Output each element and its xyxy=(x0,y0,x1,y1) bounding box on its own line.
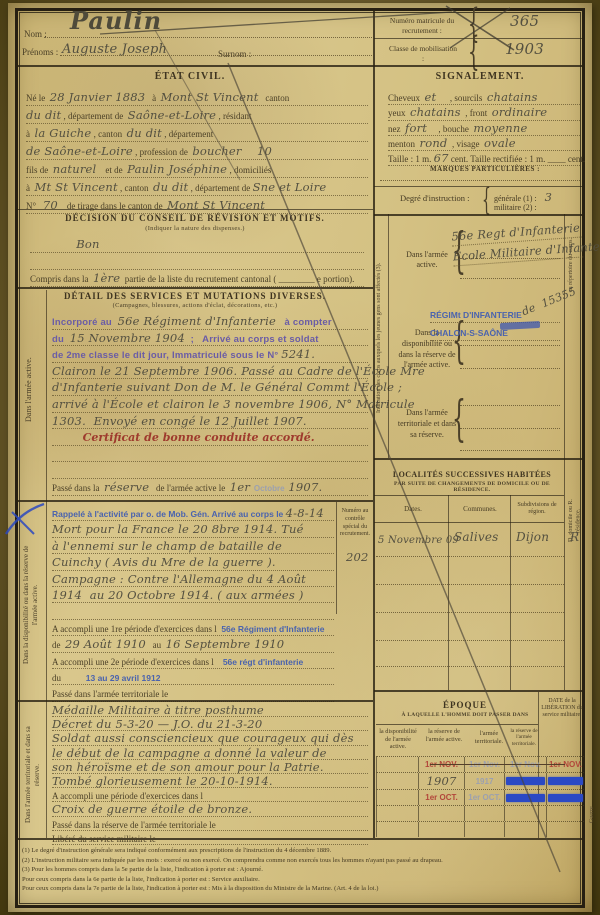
epoque-cell xyxy=(504,773,546,789)
services-title: DÉTAIL DES SERVICES ET MUTATIONS DIVERSE… xyxy=(30,291,360,301)
margin-label-disponibilite: Dans la disponibilité ou dans la réserve… xyxy=(22,540,40,670)
text-segment: Incorporé au xyxy=(52,317,118,328)
text-line: Cheveux et , sourcils chatains xyxy=(388,90,580,105)
epoque-strike-line xyxy=(430,764,565,765)
text-segment: chatains xyxy=(410,105,461,119)
epoque-cell xyxy=(376,757,418,772)
text-line: son héroïsme et de son amour pour la Pat… xyxy=(52,760,368,774)
text-line: Compris dans la 1ère partie de la liste … xyxy=(30,270,364,287)
localites-row-date: 5 Novembre 09 xyxy=(378,530,459,548)
divider-marques xyxy=(374,186,585,187)
epoque-title: ÉPOQUE xyxy=(400,700,530,710)
text-segment: chatains xyxy=(487,90,538,104)
text-segment: 5241. xyxy=(281,347,315,361)
text-segment: , résidant xyxy=(216,111,251,121)
text-line: Bon xyxy=(30,236,364,253)
text-line: Croix de guerre étoile de bronze. xyxy=(52,802,368,816)
text-segment: , département de xyxy=(61,111,127,121)
epoque-cell xyxy=(504,822,546,837)
localites-subtitle: PAR SUITE DE CHANGEMENTS DE DOMICILE OU … xyxy=(384,481,560,493)
text-segment: Bon xyxy=(30,237,100,251)
text-segment: et xyxy=(425,90,437,104)
marques-label: MARQUES PARTICULIÈRES : xyxy=(405,165,565,173)
text-segment: canton xyxy=(259,93,290,103)
divider-corps-left xyxy=(388,214,389,458)
text-segment: , département xyxy=(162,129,213,139)
corps-rule-c1 xyxy=(460,405,560,406)
epoque-col-2: la réserve de l'armée active. xyxy=(422,728,466,743)
text-line: Tombé glorieusement le 20-10-1914. xyxy=(52,774,368,788)
localites-row-commune: Salives xyxy=(454,528,499,546)
divider-main-vertical xyxy=(373,8,375,838)
epoque-col-4: la réserve de l'armée territoriale. xyxy=(510,728,538,747)
text-segment: Né le xyxy=(26,93,50,103)
text-segment: du xyxy=(52,673,86,683)
footnote: (3) Pour les hommes compris dans la 5e p… xyxy=(22,865,582,875)
epoque-cell xyxy=(464,822,504,837)
epoque-cell: 1907 xyxy=(418,773,464,789)
divider-decision xyxy=(15,287,373,289)
prenoms-label: Prénoms : xyxy=(22,42,58,60)
text-line: Libéré du service militaire le xyxy=(52,831,368,845)
divider-header xyxy=(15,65,585,67)
text-segment: naturel xyxy=(53,162,97,176)
text-segment: 1914 au 20 Octobre 1914. ( aux armées ) xyxy=(52,588,304,602)
epoque-cell xyxy=(376,806,418,821)
divider-localites-bottom xyxy=(374,690,585,692)
text-segment: Mt St Vincent xyxy=(35,180,118,194)
text-line xyxy=(52,446,368,463)
text-segment: Cuinchy ( Avis du Mre de la guerre ). xyxy=(52,555,276,569)
text-segment: Mort pour la France le 20 8bre 1914. Tué xyxy=(52,522,304,536)
text-line: Cuinchy ( Avis du Mre de la guerre ). xyxy=(52,554,334,570)
matricule-value: 365 xyxy=(510,12,539,31)
divider-services xyxy=(15,500,373,502)
text-segment: Octobre xyxy=(254,484,285,493)
text-segment: RÉGIMt D'INFANTERIE xyxy=(430,310,522,320)
epoque-cell xyxy=(376,773,418,789)
corps-rule-a1 xyxy=(460,258,560,259)
text-line: N° 70 de tirage dans le canton de Mont S… xyxy=(26,196,368,214)
text-segment: , front xyxy=(461,108,492,118)
classe-value: 1903 xyxy=(505,40,544,59)
divider-ctrl-box xyxy=(336,502,337,614)
text-line: de Saône-et-Loire , profession de bouche… xyxy=(26,142,368,160)
text-line: Incorporé au 56e Régiment d'Infanterie à… xyxy=(52,313,368,330)
text-segment: 1er xyxy=(230,480,254,494)
corps-rule-c2 xyxy=(460,428,560,429)
divider-etat xyxy=(15,209,373,210)
text-line: A accompli une 1re période d'exercices d… xyxy=(52,620,334,636)
decision-section: Bon Compris dans la 1ère partie de la li… xyxy=(30,236,364,287)
text-segment: Certificat de bonne conduite accordé. xyxy=(52,431,315,444)
text-segment: Cheveux xyxy=(388,93,425,103)
epoque-cell xyxy=(546,806,584,821)
text-line: fils de naturel et de Paulin Joséphine ,… xyxy=(26,160,368,178)
text-segment: , domiciliés xyxy=(227,165,271,175)
text-line: A accompli une période d'exercices dans … xyxy=(52,788,368,802)
localites-header-bottom xyxy=(374,522,564,523)
epoque-cell xyxy=(464,806,504,821)
text-segment: rond xyxy=(420,136,448,150)
text-segment: boucher 10 xyxy=(192,144,272,158)
text-segment: 1907 xyxy=(426,774,456,788)
text-segment: Passé dans l'armée territoriale le xyxy=(52,689,168,699)
localites-title: LOCALITÉS SUCCESSIVES HABITÉES xyxy=(384,470,560,479)
text-segment: yeux xyxy=(388,108,410,118)
text-segment: 1917 xyxy=(476,777,494,786)
text-line xyxy=(30,253,364,270)
corps-rule-b2 xyxy=(460,368,560,369)
text-segment: du dit xyxy=(26,108,61,122)
text-segment: réserve xyxy=(104,480,149,494)
text-line: Passé dans la réserve de l'armée active … xyxy=(52,479,368,496)
text-line: 1303. Envoyé en congé le 12 Juillet 1907… xyxy=(52,413,368,430)
text-segment: A accompli une 1re période d'exercices d… xyxy=(52,624,221,634)
text-segment: la Guiche xyxy=(35,126,92,140)
text-line: A accompli une 2e période d'exercices da… xyxy=(52,653,334,669)
text-segment: du dit xyxy=(127,126,162,140)
localites-header-top xyxy=(374,495,564,496)
divider-margin-left xyxy=(46,290,47,838)
text-segment: 1ère xyxy=(93,271,120,285)
degre-militaire-label: militaire (2) : xyxy=(494,203,537,212)
text-line: Passé dans la réserve de l'armée territo… xyxy=(52,817,368,831)
decision-subtitle: (Indiquer la nature des dispenses.) xyxy=(30,225,360,232)
text-segment: , visage xyxy=(448,139,485,149)
text-segment: Saône-et-Loire xyxy=(128,108,216,122)
military-register-sheet: Nom : Paulin Prénoms : Auguste Joseph Su… xyxy=(0,0,600,915)
epoque-cell xyxy=(546,822,584,837)
epoque-row xyxy=(376,821,584,837)
localites-row-dr: R xyxy=(570,528,579,546)
epoque-rows: 1er NOV.1er Nov.1er Nov.1er NOV.19071917… xyxy=(376,756,584,837)
text-segment: nez xyxy=(388,124,405,134)
text-segment: fort xyxy=(405,121,427,135)
text-line: Campagne : Contre l'Allemagne du 4 Août xyxy=(52,571,334,587)
text-line: Mort pour la France le 20 8bre 1914. Tué xyxy=(52,521,334,537)
text-segment: cent. Taille rectifiée : 1 m. ____ cent. xyxy=(449,154,585,164)
corps-rule-a2 xyxy=(460,278,560,279)
epoque-cell: 1er OCT. xyxy=(418,790,464,805)
text-segment: 1303. Envoyé en congé le 12 Juillet 1907… xyxy=(52,414,307,428)
text-segment: ; Arrivé au corps et soldat xyxy=(185,334,319,345)
ink-redaction-bar xyxy=(506,794,545,802)
epoque-row: 1er OCT.1er OCT. xyxy=(376,789,584,805)
text-line: Né le 28 Janvier 1883 à Mont St Vincent … xyxy=(26,88,368,106)
text-segment: à xyxy=(26,183,35,193)
text-segment: à xyxy=(26,129,35,139)
text-segment: 67 xyxy=(434,151,449,165)
text-segment: moyenne xyxy=(473,121,527,135)
epoque-cell xyxy=(504,806,546,821)
localites-v2 xyxy=(510,495,511,690)
text-line: Médaille Militaire à titre posthume xyxy=(52,703,368,717)
text-segment: Rappelé à l'activité par o. de Mob. Gén.… xyxy=(52,509,286,519)
services-subtitle: (Campagnes, blessures, actions d'éclat, … xyxy=(30,302,360,309)
text-segment: , profession de xyxy=(133,147,193,157)
footnote: Pour ceux compris dans la 7e partie de l… xyxy=(22,884,582,894)
text-segment: 56e Régiment d'Infanterie xyxy=(118,314,276,328)
text-segment: Taille : 1 m. xyxy=(388,154,434,164)
text-line: Certificat de bonne conduite accordé. xyxy=(52,429,368,446)
marques-rule-1 xyxy=(380,180,580,181)
text-segment: Soldat aussi consciencieux que courageux… xyxy=(52,731,354,745)
corps-vertical-label: Indication des corps auxquels les jeunes… xyxy=(376,222,384,454)
text-segment: A accompli une période d'exercices dans … xyxy=(52,791,203,801)
text-segment: , sourcils xyxy=(436,93,487,103)
text-segment: Libéré du service militaire le xyxy=(52,834,156,844)
corps-rule-b1 xyxy=(460,345,560,346)
text-line: Clairon le 21 Septembre 1906. Passé au C… xyxy=(52,363,368,380)
nom-label: Nom : xyxy=(24,24,47,42)
corps-row-label-active: Dans l'armée active. xyxy=(398,250,456,271)
text-segment: 56e régt d'infanterie xyxy=(223,657,303,667)
text-line: Rappelé à l'activité par o. de Mob. Gén.… xyxy=(52,505,334,521)
decision-title: DÉCISION DU CONSEIL DE RÉVISION ET MOTIF… xyxy=(30,213,360,223)
epoque-row: 19071917 xyxy=(376,772,584,789)
prenoms-rule xyxy=(60,55,372,56)
signalement-title: SIGNALEMENT. xyxy=(400,71,560,82)
text-segment: à xyxy=(145,93,160,103)
etat-civil-title: ÉTAT CIVIL. xyxy=(90,71,290,82)
epoque-col-3: l'armée territoriale. xyxy=(470,730,508,745)
text-segment: du dit xyxy=(153,180,188,194)
localites-rule-3 xyxy=(376,612,564,613)
ink-redaction-bar xyxy=(548,794,583,802)
epoque-cell: 1er OCT. xyxy=(464,790,504,805)
divider-corps-bottom xyxy=(374,458,585,460)
text-line: du dit , département de Saône-et-Loire ,… xyxy=(26,106,368,124)
localites-col-dates: Dates. xyxy=(380,505,446,513)
epoque-date-header: DATE de la LIBÉRATION du service militai… xyxy=(540,698,584,719)
text-segment: de xyxy=(52,640,65,650)
text-segment: de l'armée active le xyxy=(149,483,230,493)
text-segment: Médaille Militaire à titre posthume xyxy=(52,703,264,717)
text-line: Décret du 5-3-20 — J.O. du 21-3-20 xyxy=(52,717,368,731)
corps-rule-c3 xyxy=(460,450,560,451)
signalement-section: Cheveux et , sourcils chatainsyeux chata… xyxy=(388,90,580,166)
text-segment: Passé dans la xyxy=(52,483,104,493)
text-segment: Clairon le 21 Septembre 1906. Passé au C… xyxy=(52,364,425,378)
text-segment: 15 Novembre 1904 xyxy=(70,331,185,345)
text-segment: à l'ennemi sur le champ de bataille de xyxy=(52,539,282,553)
ctrl-label: Numéro au contrôle spécial du recrutemen… xyxy=(339,508,371,539)
degre-label: Degré d'instruction : xyxy=(400,193,470,203)
matricule-label: Numéro matricule du recrutement : xyxy=(382,16,462,36)
edge-note: Guerre xyxy=(589,790,597,840)
epoque-cell xyxy=(504,790,546,805)
text-segment: Campagne : Contre l'Allemagne du 4 Août xyxy=(52,572,306,586)
text-line: à l'ennemi sur le champ de bataille de xyxy=(52,538,334,554)
text-segment: le début de la campagne a donné la valeu… xyxy=(52,746,327,760)
text-segment: CHALON-S-SAÔNE xyxy=(430,328,508,338)
text-segment: , canton xyxy=(118,183,153,193)
text-segment: 16 Septembre 1910 xyxy=(166,637,285,651)
text-segment: 1907. xyxy=(285,480,323,494)
footnote: (1) Le degré d'instruction générale sera… xyxy=(22,846,582,856)
text-segment: Compris dans la xyxy=(30,274,93,284)
corps-brace-3: { xyxy=(452,393,466,448)
corps-row-label-terr: Dans l'armée territoriale et dans sa rés… xyxy=(396,408,458,440)
localites-rule-2 xyxy=(376,584,564,585)
classe-label: Classe de mobilisation : xyxy=(388,44,458,64)
divider-dispo xyxy=(15,700,373,702)
text-line: menton rond , visage ovale xyxy=(388,136,580,151)
text-segment: , canton xyxy=(91,129,126,139)
epoque-col-1: la disponibilité de l'armée active. xyxy=(378,728,418,751)
text-segment: du xyxy=(52,334,70,345)
text-segment: 1er OCT. xyxy=(468,793,500,802)
text-segment: 13 au 29 avril 1912 xyxy=(86,673,161,683)
text-line: de 29 Août 1910 au 16 Septembre 1910 xyxy=(52,636,334,652)
divider-signalement xyxy=(374,214,585,216)
text-line: du 15 Novembre 1904 ; Arrivé au corps et… xyxy=(52,330,368,347)
text-segment: A accompli une 2e période d'exercices da… xyxy=(52,657,223,667)
text-segment: 29 Août 1910 xyxy=(65,637,146,651)
epoque-cell xyxy=(418,822,464,837)
text-segment: 56e Régiment d'Infanterie xyxy=(221,624,324,634)
text-line: nez fort , bouche moyenne xyxy=(388,121,580,136)
localites-rule-1 xyxy=(376,556,564,557)
header-right-divider xyxy=(374,38,585,39)
localites-v1 xyxy=(448,495,449,690)
text-line: CHALON-S-SAÔNE xyxy=(430,323,560,341)
text-segment: Sne et Loire xyxy=(253,180,327,194)
text-segment: menton xyxy=(388,139,420,149)
text-line: yeux chatains , front ordinaire xyxy=(388,105,580,120)
text-segment: et de xyxy=(96,165,127,175)
classe-brace: { xyxy=(468,29,479,75)
text-line: à Mt St Vincent , canton du dit , départ… xyxy=(26,178,368,196)
text-segment: 28 Janvier 1883 xyxy=(50,90,146,104)
localites-row-subdiv: Dijon xyxy=(516,528,549,546)
text-line: 1914 au 20 Octobre 1914. ( aux armées ) xyxy=(52,587,334,603)
text-segment: 1er OCT. xyxy=(425,793,457,802)
localites-rule-5 xyxy=(376,666,564,667)
text-segment: , département de xyxy=(188,183,252,193)
text-segment: d'Infanterie suivant Don de M. le Généra… xyxy=(52,380,402,394)
epoque-cell xyxy=(418,806,464,821)
epoque-subtitle: À LAQUELLE L'HOMME DOIT PASSER DANS xyxy=(392,712,538,718)
text-segment: ordinaire xyxy=(492,105,548,119)
text-segment: partie de la liste du recrutement canton… xyxy=(120,274,354,284)
text-line: Soldat aussi consciencieux que courageux… xyxy=(52,731,368,745)
text-line: arrivé à l'École et clairon le 3 novembr… xyxy=(52,396,368,413)
services-section: Incorporé au 56e Régiment d'Infanterie à… xyxy=(52,313,368,496)
text-segment: de 2me classe le dit jour, Immatriculé s… xyxy=(52,350,281,361)
epoque-cell xyxy=(546,790,584,805)
etat-civil-section: Né le 28 Janvier 1883 à Mont St Vincent … xyxy=(26,88,368,214)
epoque-cell: 1917 xyxy=(464,773,504,789)
text-segment: ovale xyxy=(484,136,516,150)
epoque-cell xyxy=(546,773,584,789)
text-segment: Passé dans la réserve de l'armée territo… xyxy=(52,820,216,830)
text-segment: son héroïsme et de son amour pour la Pat… xyxy=(52,760,324,774)
text-segment: arrivé à l'École et clairon le 3 novembr… xyxy=(52,397,415,411)
footnote: (2) L'instruction militaire sera indiqué… xyxy=(22,856,582,866)
text-segment: Paulin Joséphine xyxy=(127,162,227,176)
text-segment: fils de xyxy=(26,165,53,175)
text-line: d'Infanterie suivant Don de M. le Généra… xyxy=(52,379,368,396)
epoque-header-line xyxy=(376,724,538,725)
ctrl-value: 202 xyxy=(346,548,369,566)
epoque-cell xyxy=(376,822,418,837)
text-segment: Tombé glorieusement le 20-10-1914. xyxy=(52,774,273,788)
epoque-row xyxy=(376,805,584,821)
epoque-cell xyxy=(376,790,418,805)
text-segment: au xyxy=(146,640,166,650)
text-line: du 13 au 29 avril 1912 xyxy=(52,669,334,685)
text-line: à la Guiche , canton du dit , départemen… xyxy=(26,124,368,142)
ink-redaction-bar xyxy=(548,777,583,785)
nom-value: Paulin xyxy=(70,6,162,35)
text-line xyxy=(52,603,334,619)
text-segment: , bouche xyxy=(427,124,473,134)
footnotes: (1) Le degré d'instruction générale sera… xyxy=(22,846,582,894)
footnote: Pour ceux compris dans la 6e partie de l… xyxy=(22,875,582,885)
ink-redaction-bar xyxy=(506,777,545,785)
text-segment: 4-8-14 xyxy=(286,506,324,520)
nom-rule xyxy=(44,37,372,38)
disponibilite-section: Rappelé à l'activité par o. de Mob. Gén.… xyxy=(52,505,334,702)
localites-col-subdiv: Subdivisions de région. xyxy=(512,501,562,516)
margin-label-armee-active: Dans l'armée active. xyxy=(24,330,34,450)
text-segment: à compter xyxy=(276,317,332,328)
text-segment: Décret du 5-3-20 — J.O. du 21-3-20 xyxy=(52,717,262,731)
text-segment: de Saône-et-Loire xyxy=(26,144,133,158)
surnom-label: Surnom : xyxy=(218,44,251,62)
text-line: le début de la campagne a donné la valeu… xyxy=(52,746,368,760)
text-segment: Croix de guerre étoile de bronze. xyxy=(52,802,252,816)
degre-generale-label: générale (1) :3 xyxy=(494,190,552,204)
localites-col-communes: Communes. xyxy=(450,505,510,513)
text-line xyxy=(52,462,368,479)
territoriale-section: Médaille Militaire à titre posthumeDécre… xyxy=(52,703,368,845)
text-line: de 2me classe le dit jour, Immatriculé s… xyxy=(52,346,368,363)
margin-label-territoriale: Dans l'armée territoriale et dans sa rés… xyxy=(24,725,42,825)
text-segment: Mont St Vincent xyxy=(161,90,259,104)
localites-rule-4 xyxy=(376,640,564,641)
